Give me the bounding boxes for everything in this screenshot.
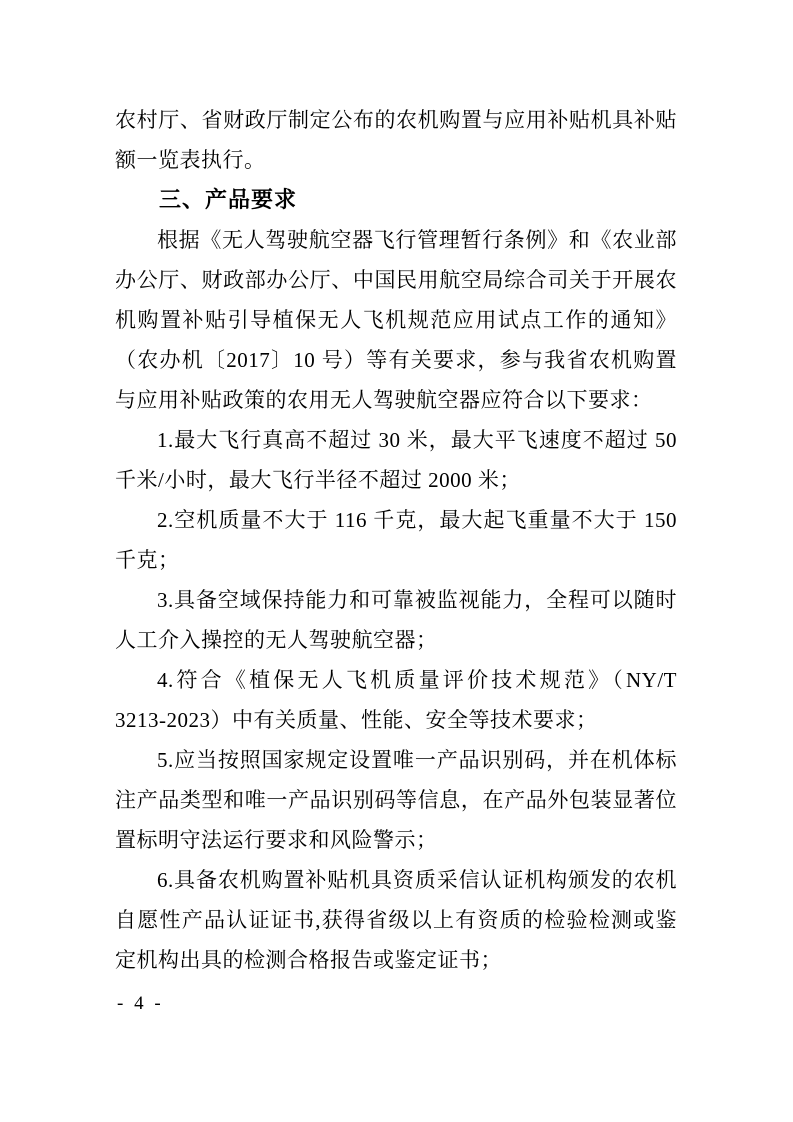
list-item-4: 4.符合《植保无人飞机质量评价技术规范》（NY/T 3213-2023）中有关质… bbox=[115, 660, 677, 740]
paragraph-continuation: 农村厅、省财政厅制定公布的农机购置与应用补贴机具补贴额一览表执行。 bbox=[115, 100, 677, 180]
list-item-2: 2.空机质量不大于 116 千克，最大起飞重量不大于 150 千克； bbox=[115, 500, 677, 580]
list-item-5: 5.应当按照国家规定设置唯一产品识别码，并在机体标注产品类型和唯一产品识别码等信… bbox=[115, 740, 677, 860]
document-page: 农村厅、省财政厅制定公布的农机购置与应用补贴机具补贴额一览表执行。 三、产品要求… bbox=[0, 0, 793, 1122]
paragraph-intro: 根据《无人驾驶航空器飞行管理暂行条例》和《农业部办公厅、财政部办公厅、中国民用航… bbox=[115, 220, 677, 420]
list-item-3: 3.具备空域保持能力和可靠被监视能力，全程可以随时人工介入操控的无人驾驶航空器； bbox=[115, 580, 677, 660]
document-body: 农村厅、省财政厅制定公布的农机购置与应用补贴机具补贴额一览表执行。 三、产品要求… bbox=[115, 100, 677, 980]
list-item-1: 1.最大飞行真高不超过 30 米，最大平飞速度不超过 50 千米/小时，最大飞行… bbox=[115, 420, 677, 500]
list-item-6: 6.具备农机购置补贴机具资质采信认证机构颁发的农机自愿性产品认证证书,获得省级以… bbox=[115, 860, 677, 980]
page-number: - 4 - bbox=[117, 992, 164, 1016]
section-heading: 三、产品要求 bbox=[115, 180, 677, 220]
